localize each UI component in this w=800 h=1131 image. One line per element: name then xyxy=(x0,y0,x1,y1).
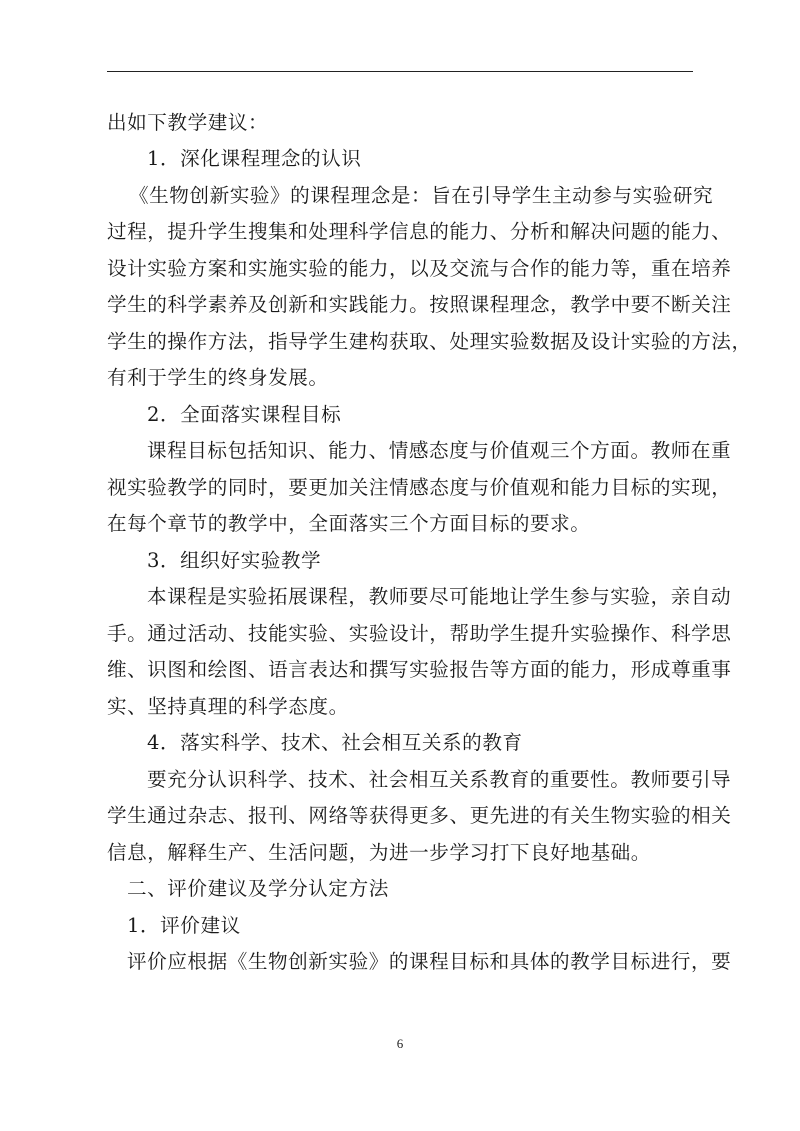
body-text: 要充分认识科学、技术、社会相互关系教育的重要性。教师要引导 xyxy=(107,762,697,799)
body-text: 手。通过活动、技能实验、实验设计，帮助学生提升实验操作、科学思 xyxy=(107,616,697,653)
body-text: 学生通过杂志、报刊、网络等获得更多、更先进的有关生物实验的相关 xyxy=(107,798,697,835)
page-number: 6 xyxy=(0,1036,800,1052)
body-text: 本课程是实验拓展课程，教师要尽可能地让学生参与实验，亲自动 xyxy=(107,579,697,616)
body-text: 学生的科学素养及创新和实践能力。按照课程理念，教学中要不断关注 xyxy=(107,287,697,324)
document-body: 出如下教学建议： 1．深化课程理念的认识 《生物创新实验》的课程理念是：旨在引导… xyxy=(107,105,697,981)
body-text: 视实验教学的同时，要更加关注情感态度与价值观和能力目标的实现， xyxy=(107,470,697,507)
body-text: 实、坚持真理的科学态度。 xyxy=(107,689,697,726)
subheading-sts-education: 4．落实科学、技术、社会相互关系的教育 xyxy=(107,725,697,762)
body-text: 课程目标包括知识、能力、情感态度与价值观三个方面。教师在重 xyxy=(107,433,697,470)
body-text: 评价应根据《生物创新实验》的课程目标和具体的教学目标进行，要 xyxy=(107,944,697,981)
body-text: 在每个章节的教学中，全面落实三个方面目标的要求。 xyxy=(107,506,697,543)
body-text: 设计实验方案和实施实验的能力，以及交流与合作的能力等，重在培养 xyxy=(107,251,697,288)
body-text: 出如下教学建议： xyxy=(107,105,697,142)
body-text: 信息，解释生产、生活问题，为进一步学习打下良好地基础。 xyxy=(107,835,697,872)
body-text: 有利于学生的终身发展。 xyxy=(107,360,697,397)
body-text: 维、识图和绘图、语言表达和撰写实验报告等方面的能力，形成尊重事 xyxy=(107,652,697,689)
body-text: 学生的操作方法，指导学生建构获取、处理实验数据及设计实验的方法， xyxy=(107,324,697,361)
body-text: 《生物创新实验》的课程理念是：旨在引导学生主动参与实验研究 xyxy=(107,178,697,215)
header-rule xyxy=(107,71,693,72)
section-heading-evaluation: 二、评价建议及学分认定方法 xyxy=(107,871,697,908)
subheading-evaluation-suggestions: 1．评价建议 xyxy=(107,908,697,945)
subheading-implement-curriculum-goals: 2．全面落实课程目标 xyxy=(107,397,697,434)
subheading-deepen-curriculum-concept: 1．深化课程理念的认识 xyxy=(107,141,697,178)
subheading-organize-experiment-teaching: 3．组织好实验教学 xyxy=(107,543,697,580)
body-text: 过程，提升学生搜集和处理科学信息的能力、分析和解决问题的能力、 xyxy=(107,214,697,251)
